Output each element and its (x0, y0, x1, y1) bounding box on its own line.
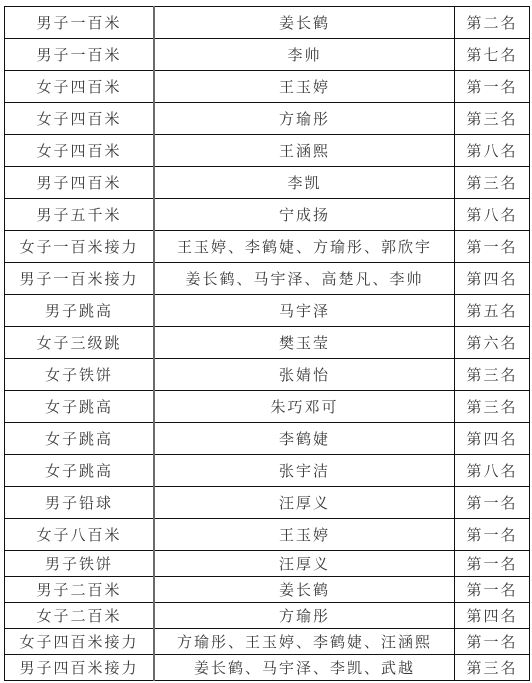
table-row: 男子四百米接力 姜长鹤、马宇泽、李凯、武越 第三名 (5, 655, 530, 681)
rank-cell: 第三名 (455, 391, 530, 423)
athletes-cell: 朱巧邓可 (154, 391, 455, 423)
athletes-cell: 王玉婷 (154, 71, 455, 103)
athletes-cell: 方瑜彤 (154, 603, 455, 629)
rank-cell: 第八名 (455, 199, 530, 231)
table-row: 女子四百米 王玉婷 第一名 (5, 71, 530, 103)
rank-cell: 第五名 (455, 295, 530, 327)
athletes-cell: 姜长鹤、马宇泽、李凯、武越 (154, 655, 455, 681)
table-row: 女子八百米 王玉婷 第一名 (5, 519, 530, 551)
table-row: 女子四百米 王涵熙 第八名 (5, 135, 530, 167)
athletes-cell: 方瑜彤、王玉婷、李鹤婕、汪涵熙 (154, 629, 455, 655)
rank-cell: 第一名 (455, 551, 530, 577)
table-row: 男子五千米 宁成扬 第八名 (5, 199, 530, 231)
table-row: 女子三级跳 樊玉莹 第六名 (5, 327, 530, 359)
athletes-cell: 姜长鹤、马宇泽、高楚凡、李帅 (154, 263, 455, 295)
event-cell: 女子跳高 (5, 455, 155, 487)
rank-cell: 第一名 (455, 629, 530, 655)
results-table-body: 男子一百米 姜长鹤 第二名 男子一百米 李帅 第七名 女子四百米 王玉婷 第一名… (5, 7, 530, 681)
table-row: 女子四百米接力 方瑜彤、王玉婷、李鹤婕、汪涵熙 第一名 (5, 629, 530, 655)
rank-cell: 第四名 (455, 263, 530, 295)
event-cell: 男子跳高 (5, 295, 155, 327)
event-cell: 男子五千米 (5, 199, 155, 231)
event-cell: 男子四百米 (5, 167, 155, 199)
rank-cell: 第一名 (455, 71, 530, 103)
event-cell: 女子四百米 (5, 135, 155, 167)
athletes-cell: 姜长鹤 (154, 577, 455, 603)
rank-cell: 第四名 (455, 603, 530, 629)
athletes-cell: 方瑜彤 (154, 103, 455, 135)
event-cell: 男子铅球 (5, 487, 155, 519)
table-row: 男子二百米 姜长鹤 第一名 (5, 577, 530, 603)
athletes-cell: 王玉婷 (154, 519, 455, 551)
athletes-cell: 张宇洁 (154, 455, 455, 487)
athletes-cell: 王玉婷、李鹤婕、方瑜彤、郭欣宇 (154, 231, 455, 263)
table-row: 女子跳高 李鹤婕 第四名 (5, 423, 530, 455)
table-row: 女子铁饼 张婧怡 第三名 (5, 359, 530, 391)
athletes-cell: 姜长鹤 (154, 7, 455, 39)
rank-cell: 第一名 (455, 577, 530, 603)
table-row: 男子铅球 汪厚义 第一名 (5, 487, 530, 519)
table-row: 男子一百米 姜长鹤 第二名 (5, 7, 530, 39)
athletes-cell: 张婧怡 (154, 359, 455, 391)
rank-cell: 第三名 (455, 103, 530, 135)
table-row: 男子铁饼 汪厚义 第一名 (5, 551, 530, 577)
event-cell: 女子一百米接力 (5, 231, 155, 263)
event-cell: 女子四百米 (5, 71, 155, 103)
athletes-cell: 李帅 (154, 39, 455, 71)
table-row: 女子四百米 方瑜彤 第三名 (5, 103, 530, 135)
event-cell: 男子铁饼 (5, 551, 155, 577)
rank-cell: 第一名 (455, 231, 530, 263)
rank-cell: 第八名 (455, 135, 530, 167)
event-cell: 女子八百米 (5, 519, 155, 551)
event-cell: 女子铁饼 (5, 359, 155, 391)
event-cell: 男子二百米 (5, 577, 155, 603)
rank-cell: 第二名 (455, 7, 530, 39)
event-cell: 女子四百米 (5, 103, 155, 135)
athletes-cell: 汪厚义 (154, 551, 455, 577)
rank-cell: 第八名 (455, 455, 530, 487)
rank-cell: 第一名 (455, 487, 530, 519)
rank-cell: 第三名 (455, 359, 530, 391)
athletes-cell: 王涵熙 (154, 135, 455, 167)
rank-cell: 第一名 (455, 519, 530, 551)
event-cell: 男子一百米 (5, 7, 155, 39)
event-cell: 男子一百米接力 (5, 263, 155, 295)
rank-cell: 第三名 (455, 167, 530, 199)
event-cell: 女子四百米接力 (5, 629, 155, 655)
event-cell: 女子跳高 (5, 423, 155, 455)
event-cell: 男子四百米接力 (5, 655, 155, 681)
event-cell: 女子跳高 (5, 391, 155, 423)
results-table: 男子一百米 姜长鹤 第二名 男子一百米 李帅 第七名 女子四百米 王玉婷 第一名… (4, 6, 530, 681)
athletes-cell: 马宇泽 (154, 295, 455, 327)
athletes-cell: 李鹤婕 (154, 423, 455, 455)
event-cell: 女子二百米 (5, 603, 155, 629)
athletes-cell: 樊玉莹 (154, 327, 455, 359)
table-row: 女子跳高 张宇洁 第八名 (5, 455, 530, 487)
event-cell: 男子一百米 (5, 39, 155, 71)
rank-cell: 第七名 (455, 39, 530, 71)
table-row: 女子二百米 方瑜彤 第四名 (5, 603, 530, 629)
table-row: 男子一百米接力 姜长鹤、马宇泽、高楚凡、李帅 第四名 (5, 263, 530, 295)
table-row: 男子一百米 李帅 第七名 (5, 39, 530, 71)
table-row: 男子跳高 马宇泽 第五名 (5, 295, 530, 327)
athletes-cell: 李凯 (154, 167, 455, 199)
table-row: 女子跳高 朱巧邓可 第三名 (5, 391, 530, 423)
athletes-cell: 汪厚义 (154, 487, 455, 519)
rank-cell: 第六名 (455, 327, 530, 359)
rank-cell: 第四名 (455, 423, 530, 455)
athletes-cell: 宁成扬 (154, 199, 455, 231)
event-cell: 女子三级跳 (5, 327, 155, 359)
table-row: 女子一百米接力 王玉婷、李鹤婕、方瑜彤、郭欣宇 第一名 (5, 231, 530, 263)
rank-cell: 第三名 (455, 655, 530, 681)
table-row: 男子四百米 李凯 第三名 (5, 167, 530, 199)
